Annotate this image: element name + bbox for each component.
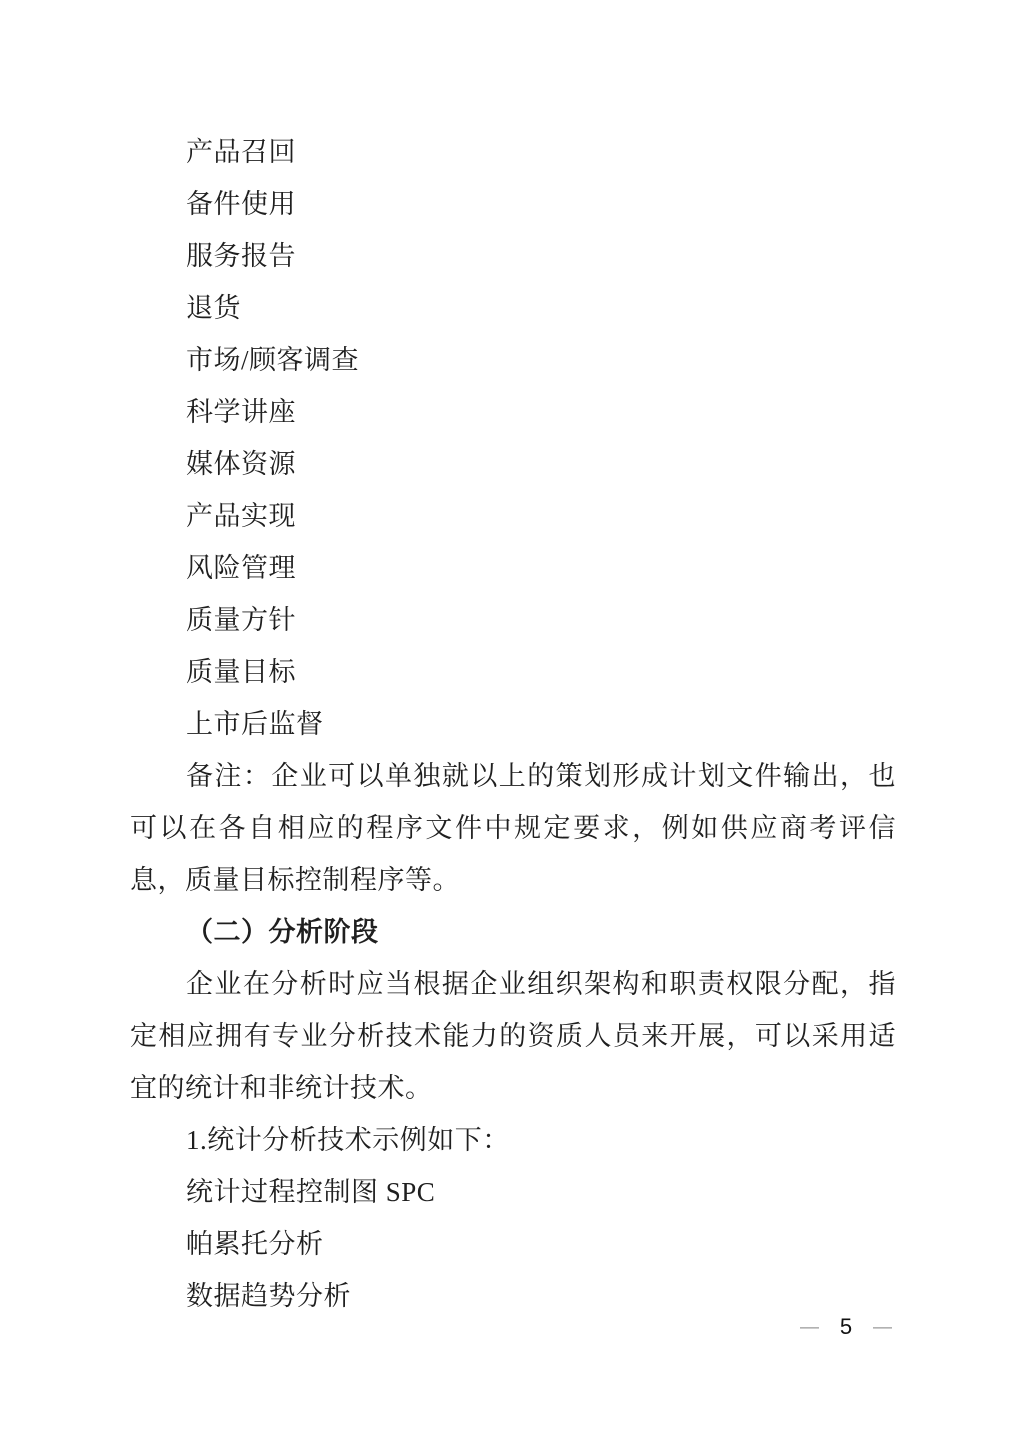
technique-list: 统计过程控制图 SPC 帕累托分析 数据趋势分析	[130, 1166, 896, 1322]
list-item: 市场/顾客调查	[130, 334, 896, 386]
list-item: 风险管理	[130, 542, 896, 594]
list-item: 质量目标	[130, 646, 896, 698]
list-item: 退货	[130, 282, 896, 334]
list-item: 备件使用	[130, 178, 896, 230]
list-item: 产品召回	[130, 126, 896, 178]
page-number: — 5 —	[800, 1312, 892, 1342]
list-item: 帕累托分析	[130, 1218, 896, 1270]
note-paragraph: 备注：企业可以单独就以上的策划形成计划文件输出，也可以在各自相应的程序文件中规定…	[130, 750, 896, 906]
section-paragraph: 企业在分析时应当根据企业组织架构和职责权限分配，指定相应拥有专业分析技术能力的资…	[130, 958, 896, 1114]
document-content: 产品召回 备件使用 服务报告 退货 市场/顾客调查 科学讲座 媒体资源 产品实现…	[130, 126, 896, 1322]
page-number-dash-right: —	[873, 1318, 892, 1337]
page-number-dash-left: —	[800, 1318, 819, 1337]
numbered-item: 1.统计分析技术示例如下：	[130, 1114, 896, 1166]
list-item: 统计过程控制图 SPC	[130, 1166, 896, 1218]
list-item: 上市后监督	[130, 698, 896, 750]
list-item: 质量方针	[130, 594, 896, 646]
document-page: 产品召回 备件使用 服务报告 退货 市场/顾客调查 科学讲座 媒体资源 产品实现…	[0, 0, 1024, 1448]
list-item: 科学讲座	[130, 386, 896, 438]
list-item: 媒体资源	[130, 438, 896, 490]
list-item: 服务报告	[130, 230, 896, 282]
list-item: 数据趋势分析	[130, 1270, 896, 1322]
page-number-value: 5	[840, 1316, 852, 1338]
plan-output-list: 产品召回 备件使用 服务报告 退货 市场/顾客调查 科学讲座 媒体资源 产品实现…	[130, 126, 896, 750]
section-heading: （二）分析阶段	[130, 906, 896, 958]
list-item: 产品实现	[130, 490, 896, 542]
